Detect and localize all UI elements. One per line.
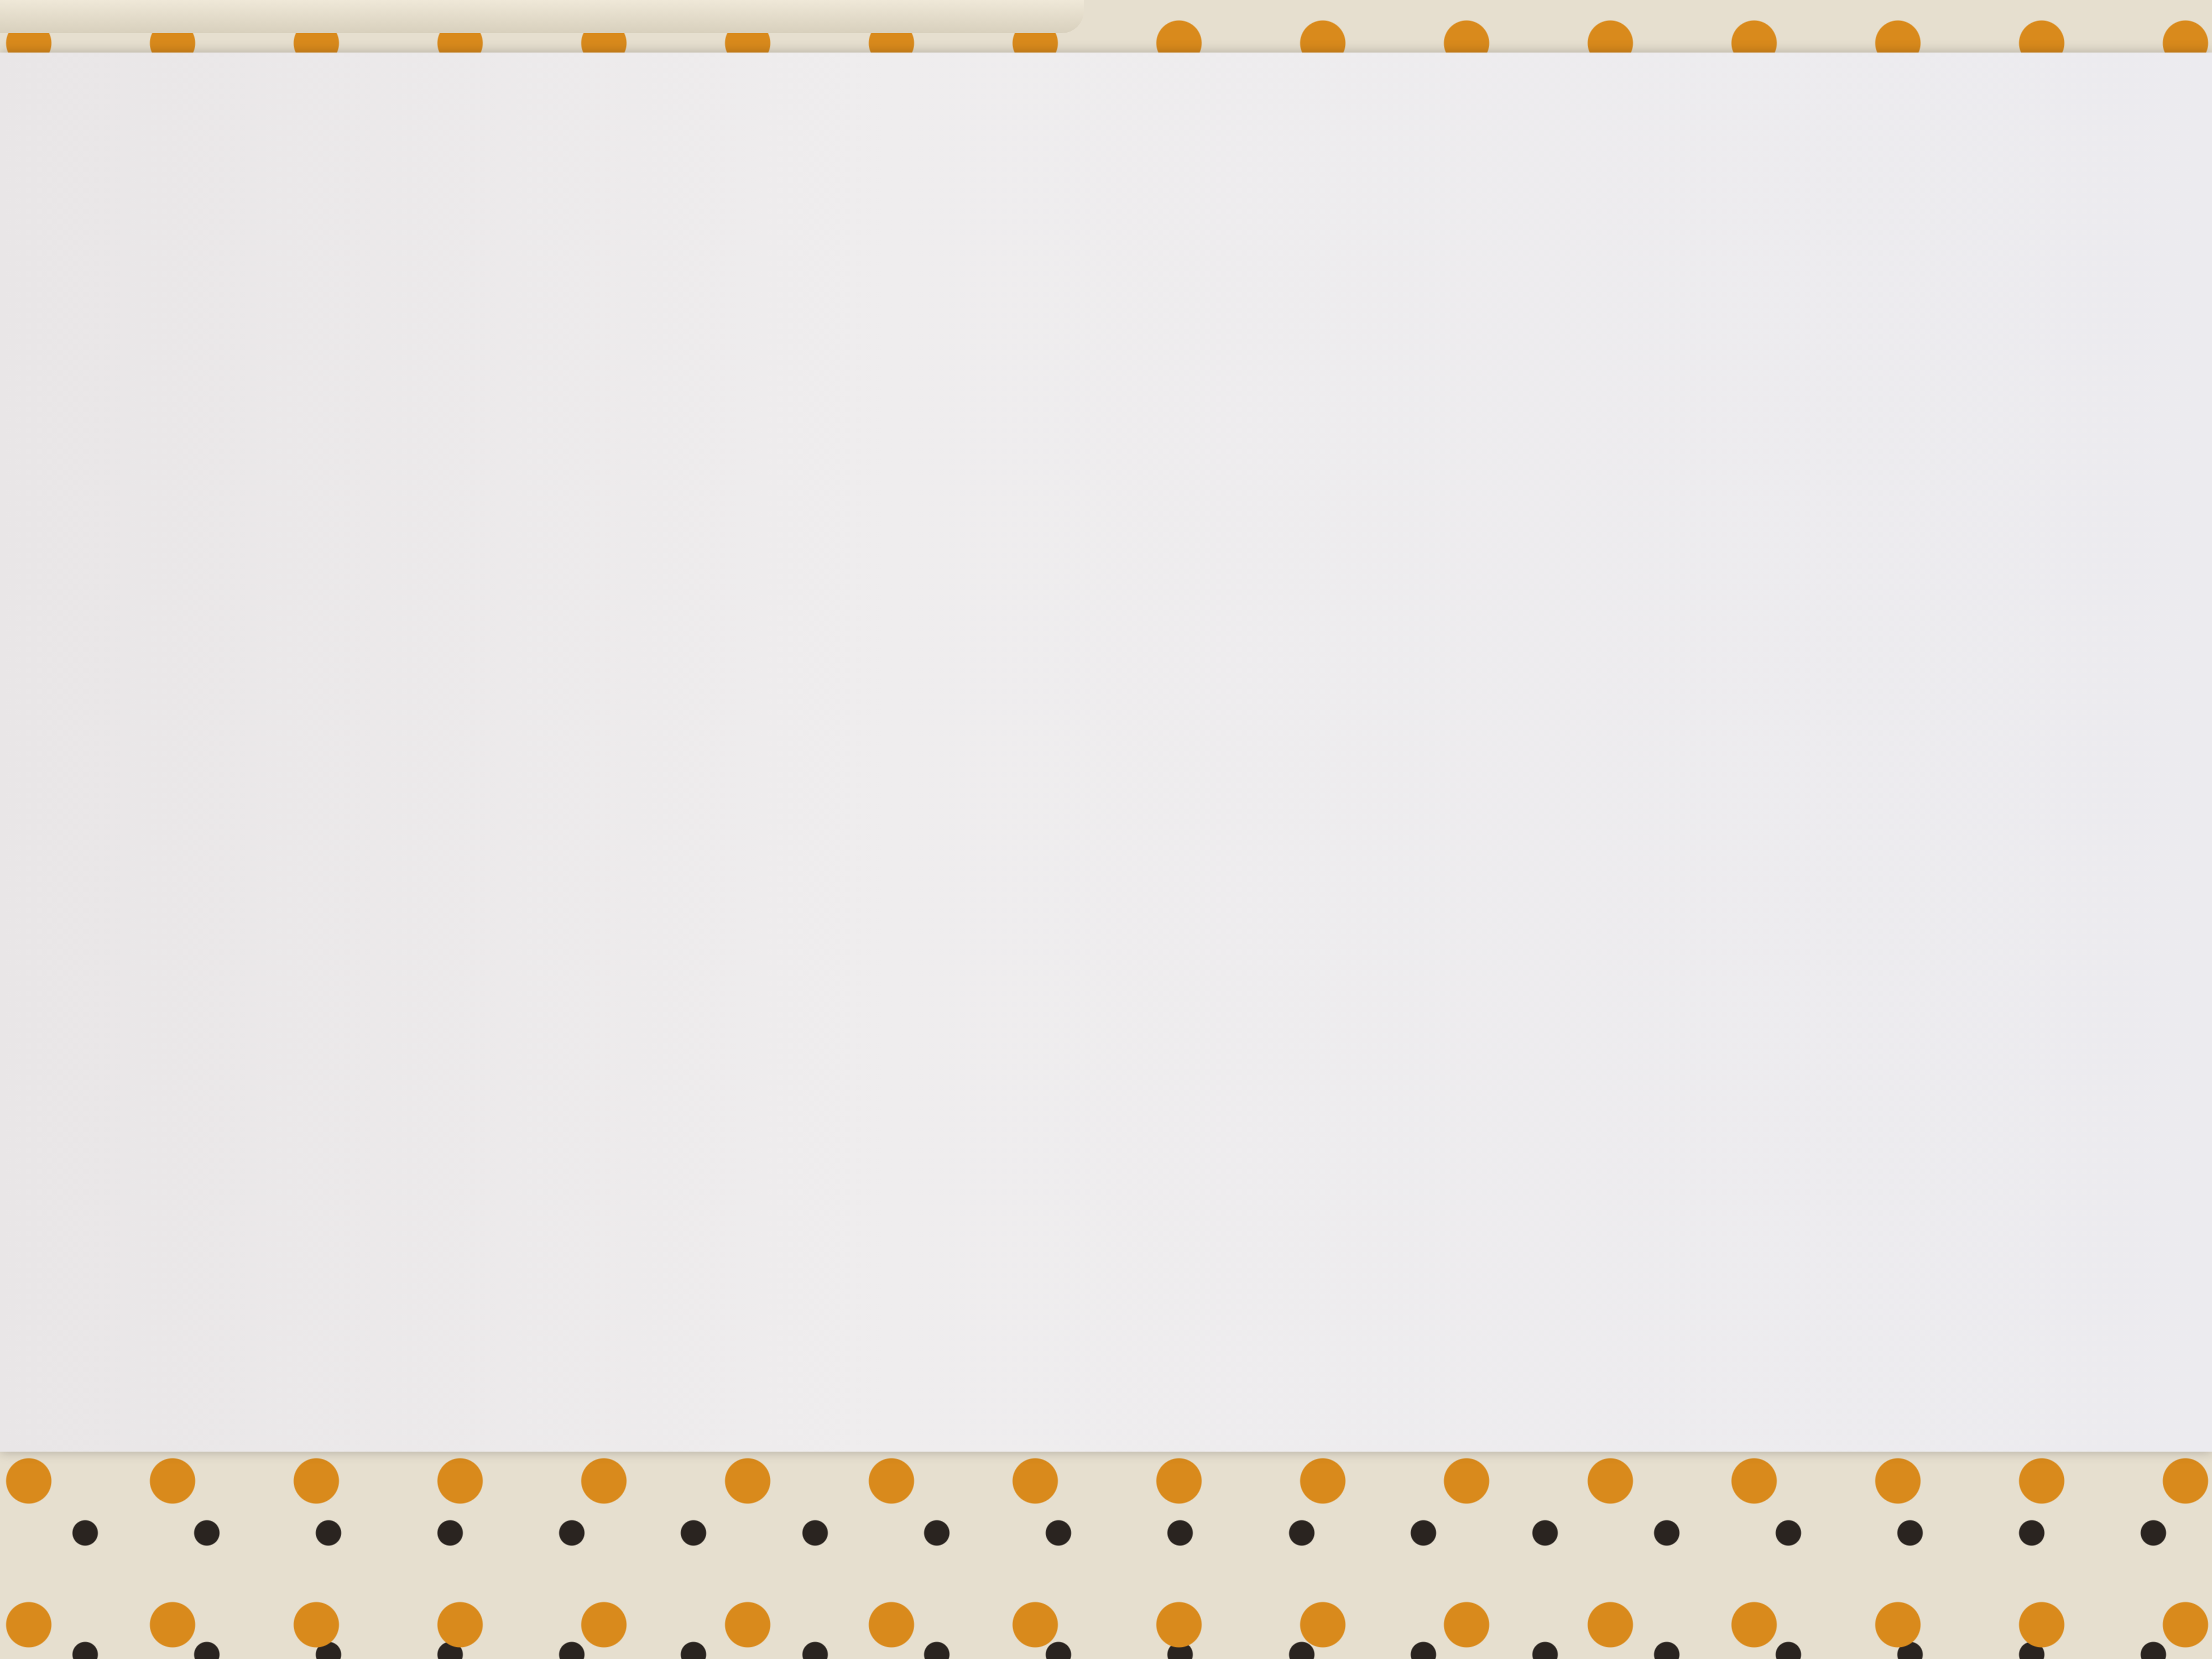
phone-edge <box>0 0 1084 33</box>
handwritten-paper-sheet: 5. Embryo Allium type - Strasburger (187… <box>0 53 2212 1452</box>
